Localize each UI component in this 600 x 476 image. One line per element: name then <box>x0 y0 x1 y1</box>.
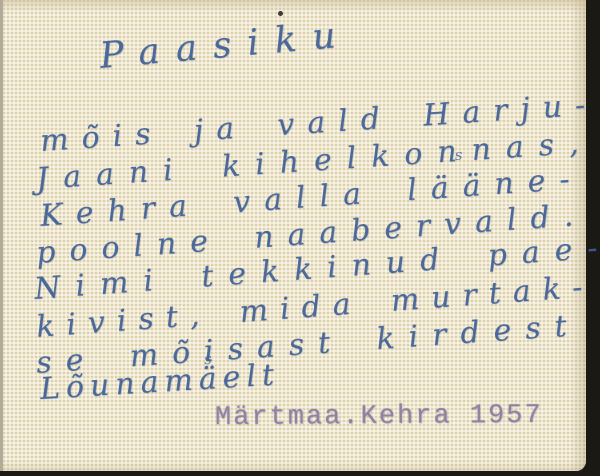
correction-mark-insertion: s <box>203 350 212 368</box>
note-card: Paasiku mõis ja vald Harju- Jaani kihelk… <box>0 0 586 471</box>
ink-speck <box>278 11 283 16</box>
date-stamp: Märtmaa.Kehra 1957 <box>215 401 543 433</box>
handwritten-title: Paasiku <box>98 14 353 77</box>
correction-mark-insertion: ’s <box>449 146 463 165</box>
scanned-card-photo: Paasiku mõis ja vald Harju- Jaani kihelk… <box>0 0 600 476</box>
